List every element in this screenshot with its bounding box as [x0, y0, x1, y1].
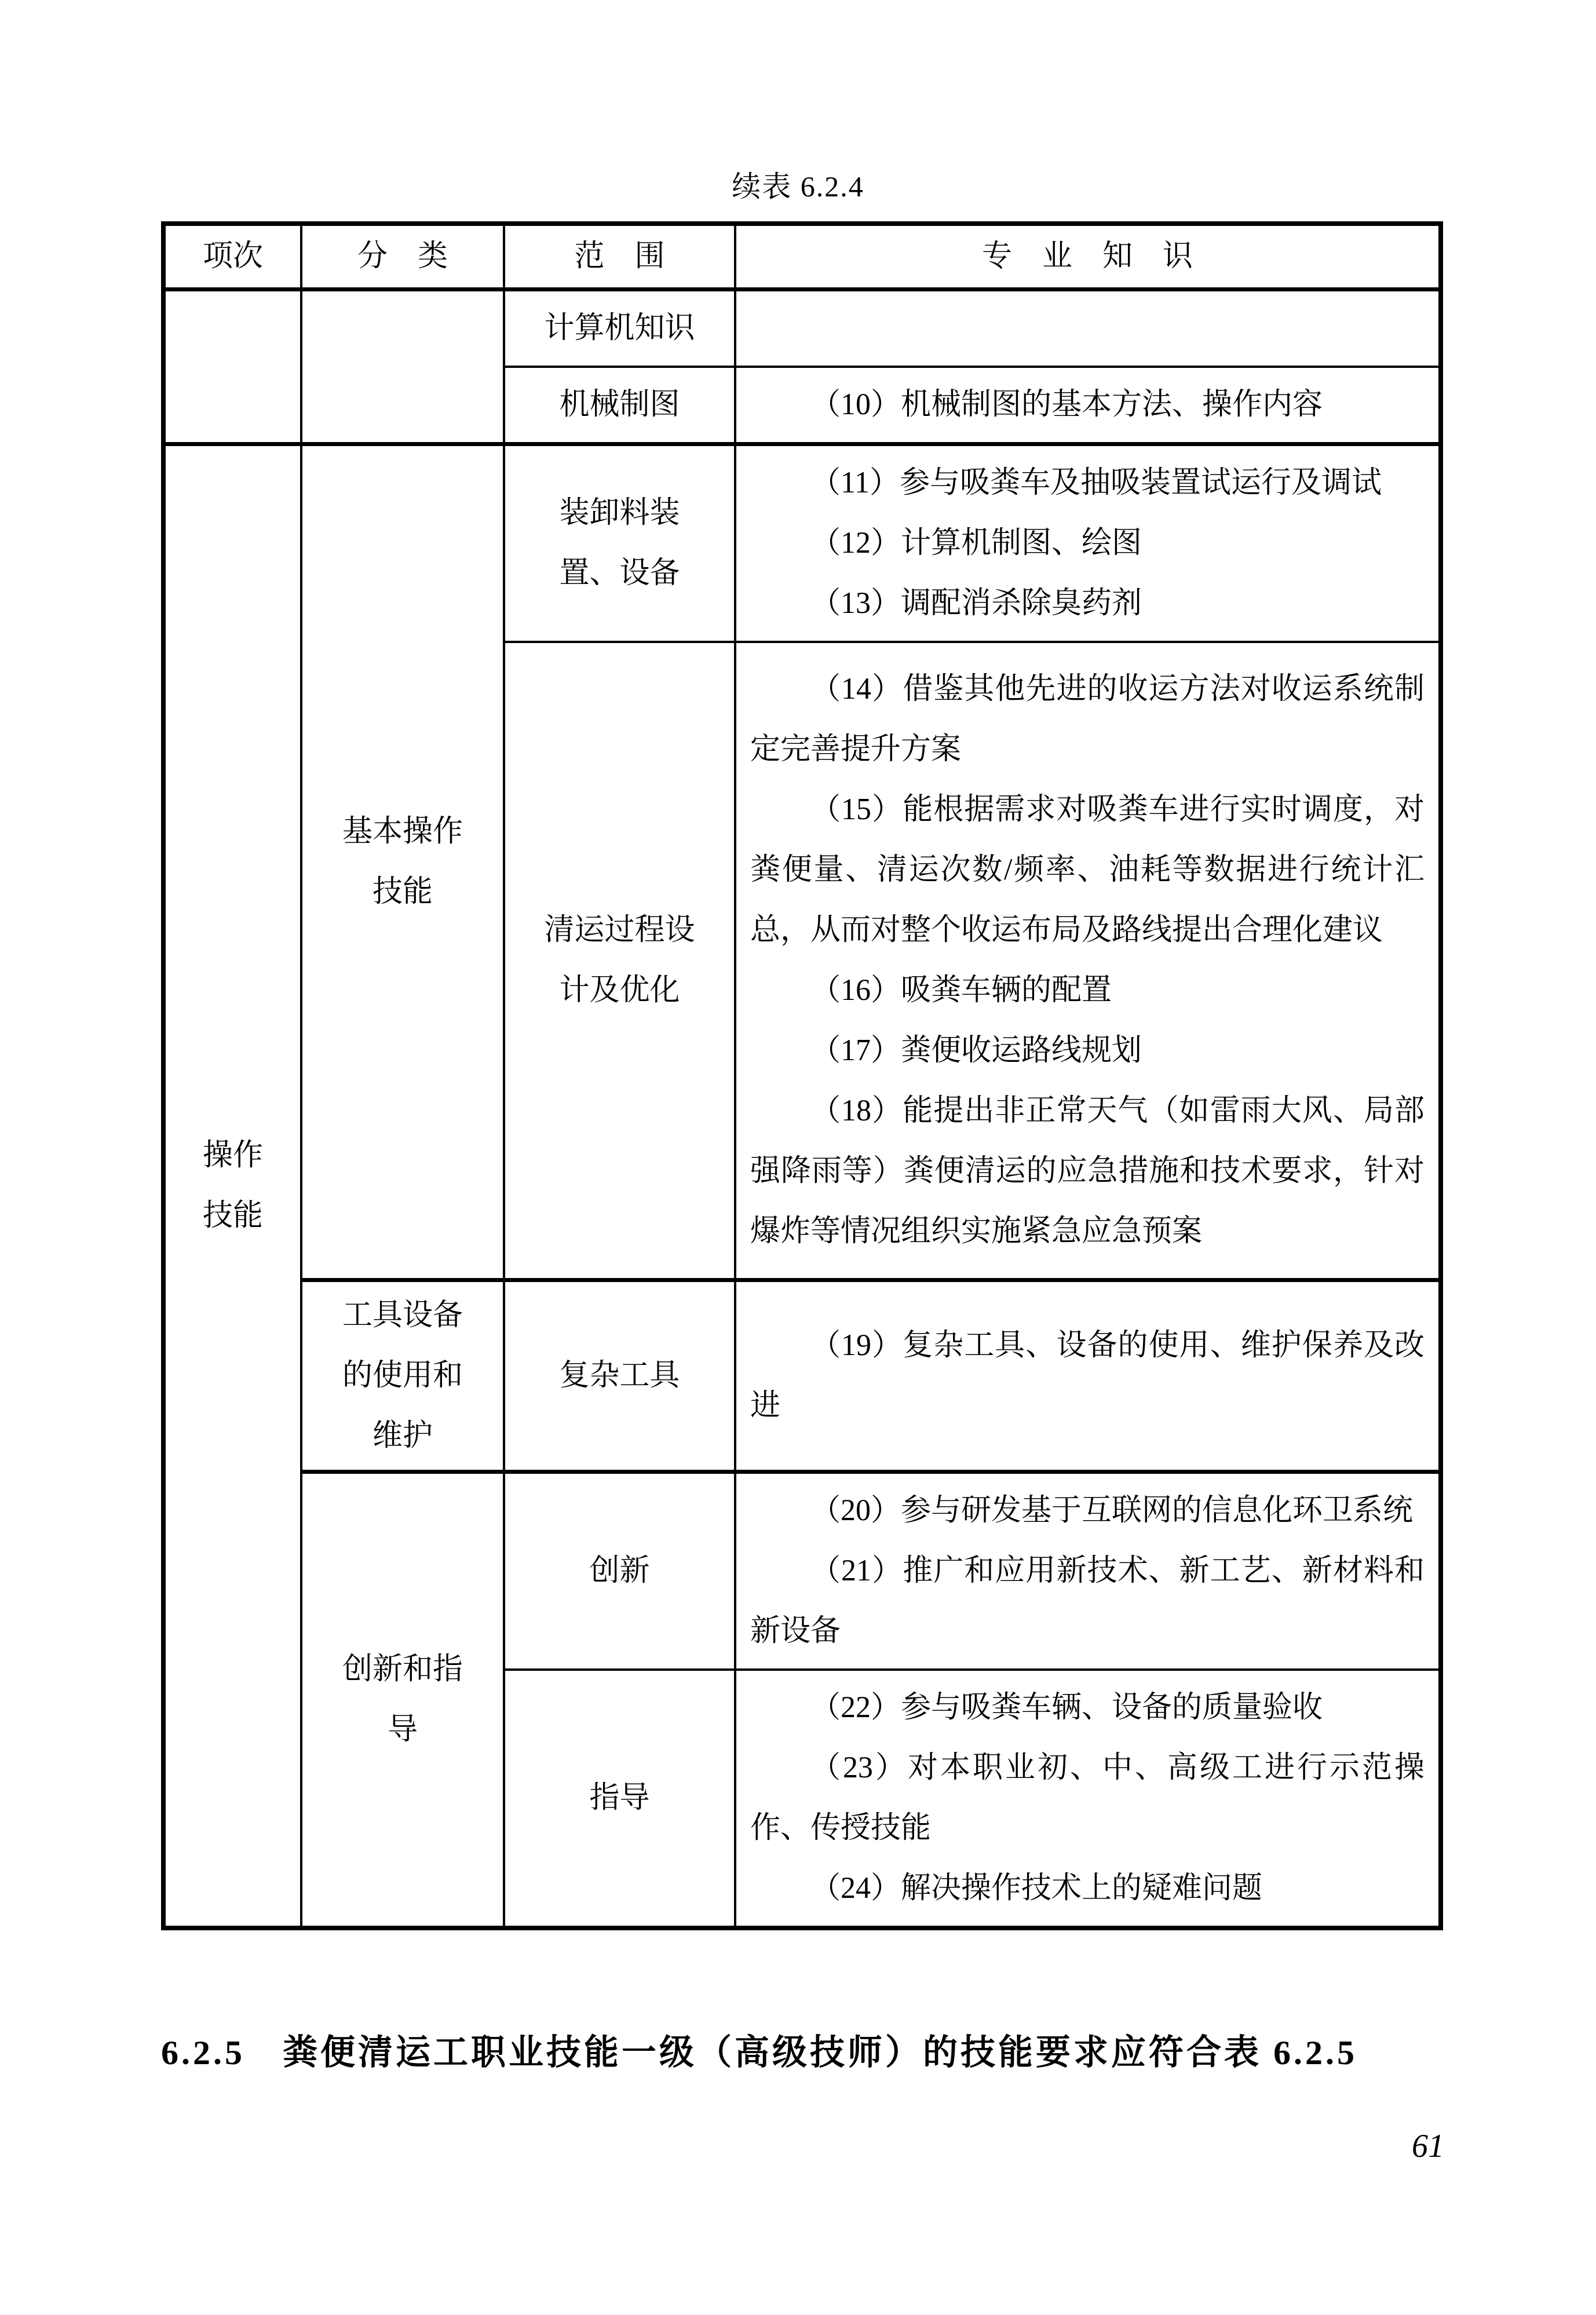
knowledge-item: （11）参与吸粪车及抽吸装置试运行及调试 — [750, 453, 1425, 513]
knowledge-item: （12）计算机制图、绘图 — [750, 513, 1425, 574]
item-cell-operation-skill: 操作 技能 — [163, 444, 301, 1929]
knowledge-cell: （19）复杂工具、设备的使用、维护保养及改进 — [735, 1280, 1441, 1472]
knowledge-item: （22）参与吸粪车辆、设备的质量验收 — [750, 1678, 1425, 1738]
category-cell-tool-maintenance: 工具设备 的使用和 维护 — [301, 1280, 504, 1472]
header-knowledge: 专 业 知 识 — [735, 224, 1441, 290]
knowledge-cell: （20）参与研发基于互联网的信息化环卫系统 （21）推广和应用新技术、新工艺、新… — [735, 1472, 1441, 1670]
knowledge-item: （15）能根据需求对吸粪车进行实时调度，对粪便量、清运次数/频率、油耗等数据进行… — [750, 780, 1425, 961]
scope-cell: 复杂工具 — [504, 1280, 735, 1472]
knowledge-cell — [735, 290, 1441, 367]
knowledge-item: （14）借鉴其他先进的收运方法对收运系统制定完善提升方案 — [750, 659, 1425, 780]
category-cell-basic-operation: 基本操作 技能 — [301, 444, 504, 1280]
header-scope: 范 围 — [504, 224, 735, 290]
header-category: 分 类 — [301, 224, 504, 290]
item-cell-blank — [163, 290, 301, 444]
skill-requirements-table: 项次 分 类 范 围 专 业 知 识 计算机知识 机械制图 （10）机械制图的基… — [161, 221, 1443, 1930]
knowledge-cell: （14）借鉴其他先进的收运方法对收运系统制定完善提升方案 （15）能根据需求对吸… — [735, 642, 1441, 1280]
header-item: 项次 — [163, 224, 301, 290]
scope-cell: 创新 — [504, 1472, 735, 1670]
scope-cell: 机械制图 — [504, 367, 735, 444]
knowledge-item: （16）吸粪车辆的配置 — [750, 961, 1425, 1021]
knowledge-item: （13）调配消杀除臭药剂 — [750, 574, 1425, 634]
table-row: 工具设备 的使用和 维护 复杂工具 （19）复杂工具、设备的使用、维护保养及改进 — [163, 1280, 1441, 1472]
table-continuation-title: 续表 6.2.4 — [0, 0, 1596, 204]
scope-cell: 清运过程设 计及优化 — [504, 642, 735, 1280]
knowledge-cell: （11）参与吸粪车及抽吸装置试运行及调试 （12）计算机制图、绘图 （13）调配… — [735, 444, 1441, 642]
knowledge-item: （18）能提出非正常天气（如雷雨大风、局部强降雨等）粪便清运的应急措施和技术要求… — [750, 1081, 1425, 1262]
document-page: 续表 6.2.4 项次 分 类 范 围 专 业 知 识 计算机知识 机械制图 — [0, 0, 1596, 2315]
knowledge-item: （23）对本职业初、中、高级工进行示范操作、传授技能 — [750, 1738, 1425, 1858]
knowledge-item: （21）推广和应用新技术、新工艺、新材料和新设备 — [750, 1541, 1425, 1662]
knowledge-item: （19）复杂工具、设备的使用、维护保养及改进 — [750, 1316, 1425, 1436]
scope-cell: 计算机知识 — [504, 290, 735, 367]
page-number: 61 — [1412, 2127, 1444, 2166]
knowledge-cell: （22）参与吸粪车辆、设备的质量验收 （23）对本职业初、中、高级工进行示范操作… — [735, 1670, 1441, 1928]
knowledge-item: （24）解决操作技术上的疑难问题 — [750, 1858, 1425, 1919]
table-row: 操作 技能 基本操作 技能 装卸料装 置、设备 （11）参与吸粪车及抽吸装置试运… — [163, 444, 1441, 642]
scope-cell: 指导 — [504, 1670, 735, 1928]
table-header-row: 项次 分 类 范 围 专 业 知 识 — [163, 224, 1441, 290]
knowledge-cell: （10）机械制图的基本方法、操作内容 — [735, 367, 1441, 444]
category-cell-innovation-guidance: 创新和指 导 — [301, 1472, 504, 1929]
table-row: 创新和指 导 创新 （20）参与研发基于互联网的信息化环卫系统 （21）推广和应… — [163, 1472, 1441, 1670]
table-row: 计算机知识 — [163, 290, 1441, 367]
section-6-2-5-heading: 6.2.5 粪便清运工职业技能一级（高级技师）的技能要求应符合表 6.2.5 — [161, 2030, 1596, 2075]
knowledge-item: （20）参与研发基于互联网的信息化环卫系统 — [750, 1481, 1425, 1541]
scope-cell: 装卸料装 置、设备 — [504, 444, 735, 642]
knowledge-item: （17）粪便收运路线规划 — [750, 1021, 1425, 1081]
knowledge-item: （10）机械制图的基本方法、操作内容 — [750, 375, 1425, 435]
category-cell-blank — [301, 290, 504, 444]
